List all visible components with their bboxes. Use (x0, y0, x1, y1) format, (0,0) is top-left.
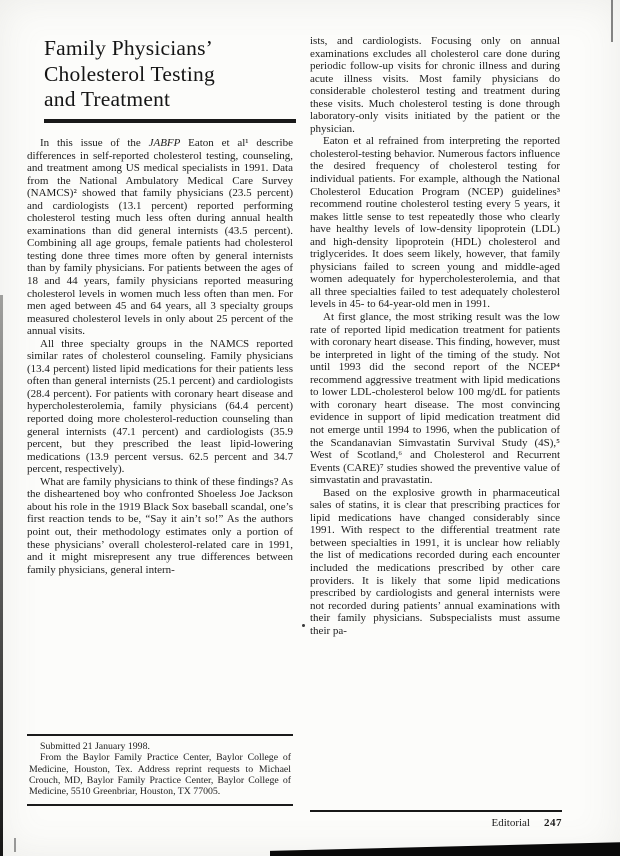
scan-artifact-right-edge (611, 0, 613, 42)
body-paragraph: At first glance, the most striking resul… (310, 311, 560, 487)
intro-rest: Eaton et al¹ describe differences in sel… (27, 137, 293, 337)
body-paragraph: In this issue of the JABFP Eaton et al¹ … (27, 137, 293, 338)
intro-lead: In this issue of the (40, 137, 149, 149)
section-label: Editorial (492, 817, 531, 829)
scan-artifact-left-mark (14, 838, 16, 852)
scan-artifact-left-edge (0, 295, 3, 856)
scan-artifact-dot (302, 624, 305, 627)
body-paragraph: What are family physicians to think of t… (27, 476, 293, 576)
title-rule (44, 119, 296, 123)
page-number: 247 (544, 817, 562, 829)
journal-page: Family Physicians’ Cholesterol Testing a… (0, 0, 620, 856)
footnote-block: Submitted 21 January 1998. From the Bayl… (27, 734, 293, 806)
footnote-submitted: Submitted 21 January 1998. (29, 741, 291, 752)
journal-abbreviation: JABFP (149, 137, 181, 149)
page-footer: Editorial247 (310, 817, 562, 829)
body-paragraph: ists, and cardiologists. Focusing only o… (310, 35, 560, 135)
body-paragraph: Based on the explosive growth in pharmac… (310, 487, 560, 638)
body-paragraph: Eaton et al refrained from interpreting … (310, 135, 560, 311)
article-title: Family Physicians’ Cholesterol Testing a… (44, 36, 314, 113)
scan-artifact-bottom-band (270, 840, 620, 856)
right-column: ists, and cardiologists. Focusing only o… (310, 35, 560, 807)
footnote-bottom-rule (27, 804, 293, 806)
title-line: Cholesterol Testing (44, 62, 215, 86)
left-column: In this issue of the JABFP Eaton et al¹ … (27, 137, 293, 729)
body-paragraph: All three specialty groups in the NAMCS … (27, 338, 293, 476)
title-line: and Treatment (44, 87, 170, 111)
footer-rule (310, 810, 562, 812)
title-line: Family Physicians’ (44, 36, 213, 60)
footnote-affiliation: From the Baylor Family Practice Center, … (29, 752, 291, 797)
